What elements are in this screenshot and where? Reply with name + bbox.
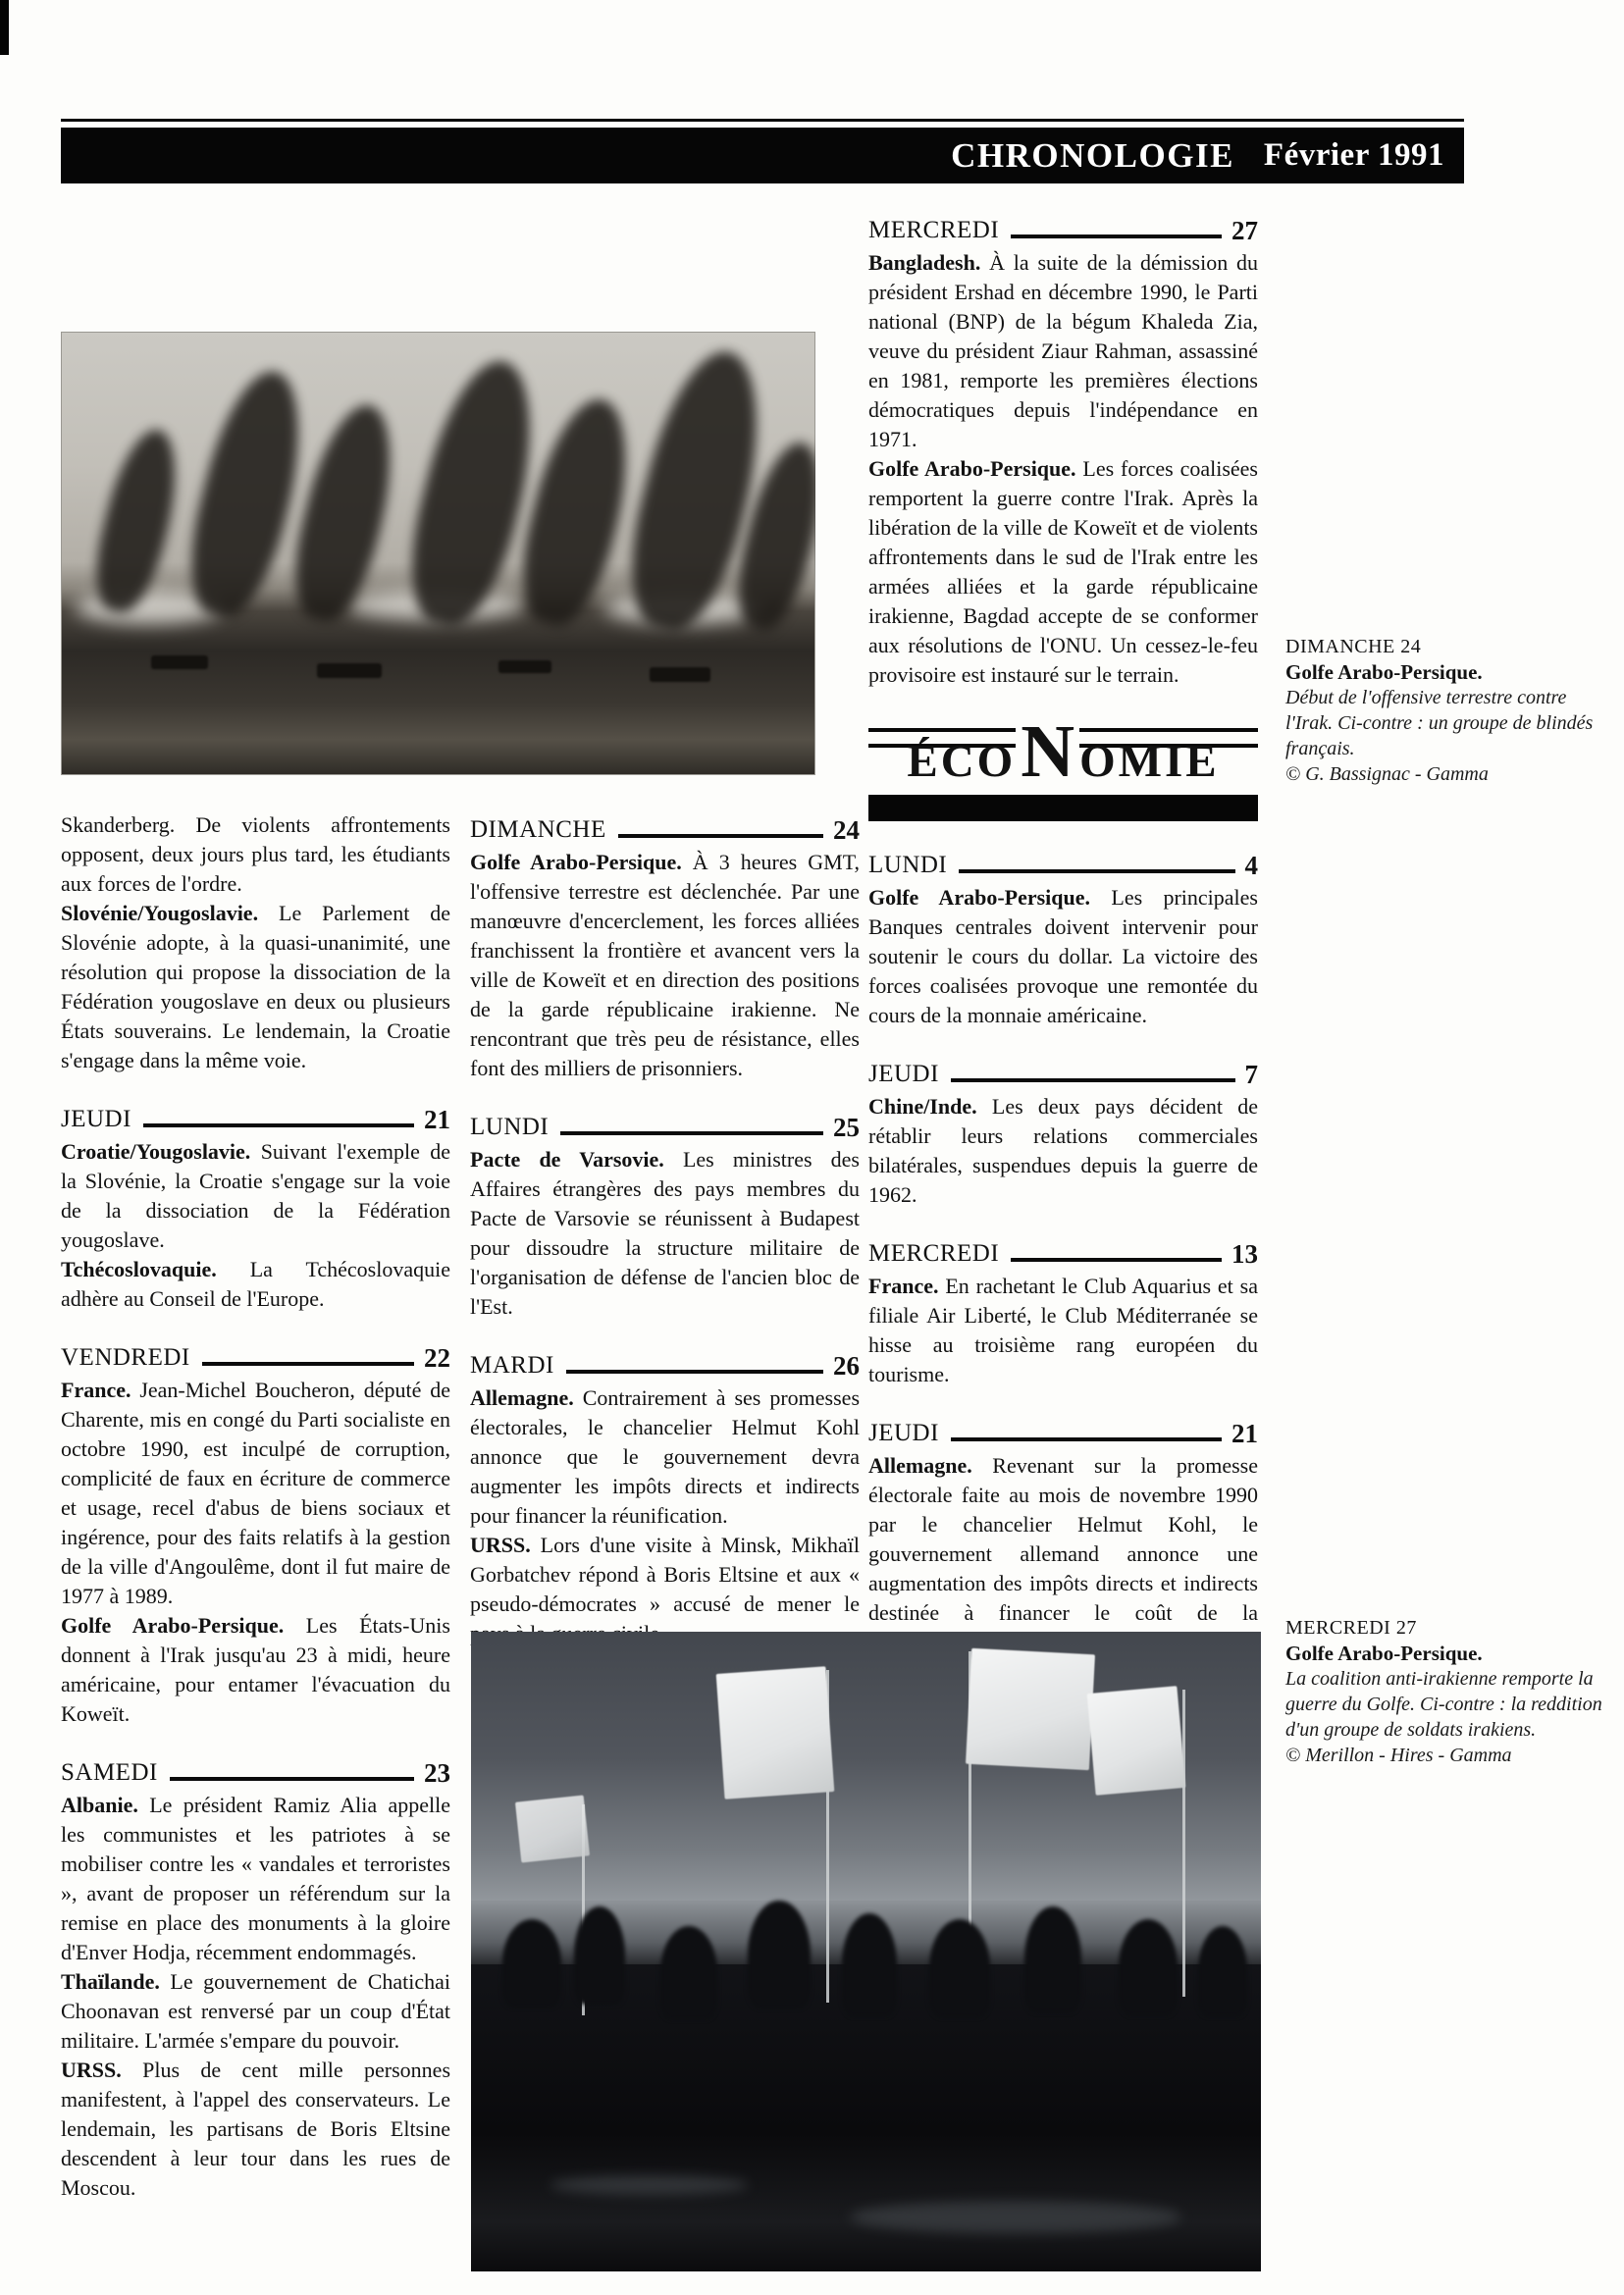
entry-paragraph: Golfe Arabo-Persique. Les États-Unis don… — [61, 1611, 450, 1729]
tank-silhouette — [151, 655, 208, 669]
day-rule — [1011, 235, 1222, 238]
photo-gulf-offensive-tanks — [61, 332, 815, 775]
day-header: JEUDI 21 — [61, 1105, 450, 1134]
day-name: JEUDI — [868, 1419, 939, 1448]
day-number: 4 — [1245, 851, 1259, 880]
entry-text: Les forces coalisées remportent la guerr… — [868, 456, 1258, 687]
entry-topic: France. — [61, 1378, 131, 1402]
economie-title-part: ÉCO — [907, 729, 1016, 794]
entry-paragraph: Tchécoslovaquie. La Tchécoslovaquie adhè… — [61, 1255, 450, 1314]
caption-title: Golfe Arabo-Persique. — [1285, 1641, 1614, 1666]
entry-topic: Allemagne. — [470, 1385, 574, 1410]
magazine-page: CHRONOLOGIE Février 1991 Skanderberg. De… — [0, 0, 1624, 2295]
entry-paragraph: Albanie. Le président Ramiz Alia appelle… — [61, 1791, 450, 1967]
tank-silhouette — [498, 660, 551, 673]
chronology-section-jeudi-21: JEUDI 21 Croatie/Yougoslavie. Suivant l'… — [61, 1105, 450, 1314]
day-number: 26 — [833, 1351, 860, 1381]
entry-topic: Albanie. — [61, 1793, 138, 1817]
day-header: MERCREDI 13 — [868, 1239, 1258, 1269]
water-reflection — [550, 2175, 748, 2195]
day-header: LUNDI 4 — [868, 851, 1258, 880]
economie-title: ÉCONOMIE — [868, 719, 1258, 794]
day-number: 22 — [424, 1343, 450, 1373]
entry-paragraph: URSS. Plus de cent mille personnes manif… — [61, 2056, 450, 2203]
day-header: DIMANCHE 24 — [470, 815, 860, 845]
day-name: DIMANCHE — [470, 815, 606, 845]
entry-paragraph: Golfe Arabo-Persique. À 3 heures GMT, l'… — [470, 848, 860, 1083]
day-number: 13 — [1231, 1239, 1258, 1269]
page-title: CHRONOLOGIE — [951, 136, 1234, 176]
soldier-silhouette — [502, 1919, 561, 2008]
entry-paragraph: Allemagne. Revenant sur la promesse élec… — [868, 1451, 1258, 1657]
entry-topic: Allemagne. — [868, 1453, 972, 1478]
column-3: MERCREDI 27 Bangladesh. À la suite de la… — [868, 216, 1258, 1657]
day-number: 21 — [424, 1105, 450, 1134]
day-number: 21 — [1231, 1419, 1258, 1448]
day-header: SAMEDI 23 — [61, 1758, 450, 1788]
entry-paragraph: Golfe Arabo-Persique. Les principales Ba… — [868, 883, 1258, 1030]
smoke-plume — [84, 423, 190, 619]
entry-paragraph: URSS. Lors d'une visite à Minsk, Mikhaïl… — [470, 1531, 860, 1648]
day-rule — [560, 1131, 823, 1135]
water-reflection — [850, 2201, 1181, 2233]
soldier-silhouette — [748, 1901, 811, 2008]
entry-text: À 3 heures GMT, l'offensive terrestre es… — [470, 850, 860, 1080]
day-rule — [566, 1370, 823, 1374]
entry-paragraph: Bangladesh. À la suite de la démission d… — [868, 248, 1258, 454]
entry-paragraph: Croatie/Yougoslavie. Suivant l'exemple d… — [61, 1137, 450, 1255]
caption-text: La coalition anti-irakienne remporte la … — [1285, 1666, 1614, 1743]
day-name: LUNDI — [470, 1113, 549, 1142]
day-number: 25 — [833, 1113, 860, 1142]
entry-text: Skanderberg. De violents affrontements o… — [61, 812, 450, 896]
day-rule — [959, 869, 1234, 873]
tank-silhouette — [650, 667, 710, 682]
caption-credit: © G. Bassignac - Gamma — [1285, 761, 1614, 787]
entry-topic: Thaïlande. — [61, 1969, 160, 1994]
white-flag — [1087, 1686, 1186, 1796]
column-2: DIMANCHE 24 Golfe Arabo-Persique. À 3 he… — [470, 815, 860, 1648]
entry-topic: Tchécoslovaquie. — [61, 1257, 217, 1281]
entry-text: Les ministres des Affaires étrangères de… — [470, 1147, 860, 1319]
economie-section-mercredi-13: MERCREDI 13 France. En rachetant le Club… — [868, 1239, 1258, 1389]
day-name: JEUDI — [868, 1060, 939, 1089]
soldier-silhouette — [1024, 1906, 1081, 2012]
soldier-silhouette — [1119, 1919, 1178, 2015]
caption-day: MERCREDI 27 — [1285, 1615, 1614, 1641]
column-1: Skanderberg. De violents affrontements o… — [61, 810, 450, 2203]
entry-paragraph: Skanderberg. De violents affrontements o… — [61, 810, 450, 899]
day-number: 7 — [1245, 1060, 1259, 1089]
caption-credit: © Merillon - Hires - Gamma — [1285, 1743, 1614, 1768]
flag-pole — [1182, 1690, 1185, 1997]
entry-topic: Golfe Arabo-Persique. — [868, 456, 1076, 481]
chronology-section-mardi-26: MARDI 26 Allemagne. Contrairement à ses … — [470, 1351, 860, 1648]
day-header: MERCREDI 27 — [868, 216, 1258, 245]
caption-title: Golfe Arabo-Persique. — [1285, 659, 1614, 685]
day-rule — [1011, 1258, 1222, 1262]
entry-paragraph: France. En rachetant le Club Aquarius et… — [868, 1272, 1258, 1389]
chronology-section-dimanche-24: DIMANCHE 24 Golfe Arabo-Persique. À 3 he… — [470, 815, 860, 1083]
entry-paragraph: Thaïlande. Le gouvernement de Chatichai … — [61, 1967, 450, 2056]
photo-caption-dimanche-24: DIMANCHE 24 Golfe Arabo-Persique. Début … — [1285, 634, 1614, 787]
photo-iraqi-surrender-white-flags — [471, 1632, 1261, 2271]
day-rule — [951, 1437, 1222, 1441]
soldier-silhouette — [842, 1913, 897, 2016]
entry-text: Le Parlement de Slovénie adopte, à la qu… — [61, 901, 450, 1072]
economie-section-jeudi-21: JEUDI 21 Allemagne. Revenant sur la prom… — [868, 1419, 1258, 1657]
day-name: LUNDI — [868, 851, 947, 880]
entry-topic: Chine/Inde. — [868, 1094, 977, 1119]
day-header: JEUDI 21 — [868, 1419, 1258, 1448]
entry-paragraph: Golfe Arabo-Persique. Les forces coalisé… — [868, 454, 1258, 690]
entry-text: Revenant sur la promesse électorale fait… — [868, 1453, 1258, 1654]
header-top-rule — [61, 119, 1464, 122]
day-rule — [143, 1123, 414, 1127]
entry-paragraph: France. Jean-Michel Boucheron, député de… — [61, 1376, 450, 1611]
economie-thick-bar — [868, 795, 1258, 821]
day-rule — [202, 1362, 414, 1366]
white-flag — [715, 1666, 834, 1799]
entry-text: À la suite de la démission du président … — [868, 250, 1258, 451]
entry-topic: URSS. — [61, 2058, 122, 2082]
caption-day: DIMANCHE 24 — [1285, 634, 1614, 659]
entry-topic: Bangladesh. — [868, 250, 980, 275]
day-number: 24 — [833, 815, 860, 845]
economie-section-banner: ÉCONOMIE — [868, 719, 1258, 821]
day-header: JEUDI 7 — [868, 1060, 1258, 1089]
day-number: 27 — [1231, 216, 1258, 245]
day-header: MARDI 26 — [470, 1351, 860, 1381]
chronology-section-mercredi-27: MERCREDI 27 Bangladesh. À la suite de la… — [868, 216, 1258, 690]
entry-topic: Golfe Arabo-Persique. — [470, 850, 682, 874]
chronology-section-lundi-25: LUNDI 25 Pacte de Varsovie. Les ministre… — [470, 1113, 860, 1322]
entry-topic: URSS. — [470, 1533, 531, 1557]
tank-silhouette — [317, 663, 382, 678]
day-name: MARDI — [470, 1351, 554, 1381]
soldier-silhouette — [929, 1919, 990, 2017]
day-name: MERCREDI — [868, 216, 999, 245]
day-name: SAMEDI — [61, 1758, 158, 1788]
economie-title-part: OMIE — [1079, 729, 1220, 794]
soldier-silhouette — [660, 1926, 717, 2019]
entry-text: Jean-Michel Boucheron, député de Charent… — [61, 1378, 450, 1608]
entry-topic: Golfe Arabo-Persique. — [61, 1613, 284, 1638]
economie-section-lundi-4: LUNDI 4 Golfe Arabo-Persique. Les princi… — [868, 851, 1258, 1030]
day-rule — [170, 1777, 414, 1781]
soldier-silhouette — [574, 1906, 625, 2005]
entry-paragraph: Allemagne. Contrairement à ses promesses… — [470, 1383, 860, 1531]
scan-edge-mark — [0, 0, 9, 55]
entry-text: Le président Ramiz Alia appelle les comm… — [61, 1793, 450, 1964]
entry-topic: Croatie/Yougoslavie. — [61, 1139, 250, 1164]
day-name: MERCREDI — [868, 1239, 999, 1269]
entry-topic: Golfe Arabo-Persique. — [868, 885, 1090, 910]
entry-topic: France. — [868, 1274, 938, 1298]
day-number: 23 — [424, 1758, 450, 1788]
day-name: JEUDI — [61, 1105, 131, 1134]
day-header: VENDREDI 22 — [61, 1343, 450, 1373]
white-flag — [515, 1795, 590, 1862]
day-name: VENDREDI — [61, 1343, 190, 1373]
day-rule — [618, 834, 823, 838]
entry-topic: Slovénie/Yougoslavie. — [61, 901, 258, 925]
entry-paragraph: Pacte de Varsovie. Les ministres des Aff… — [470, 1145, 860, 1322]
day-header: LUNDI 25 — [470, 1113, 860, 1142]
entry-paragraph: Slovénie/Yougoslavie. Le Parlement de Sl… — [61, 899, 450, 1075]
white-flag — [966, 1647, 1095, 1769]
entry-paragraph: Chine/Inde. Les deux pays décident de ré… — [868, 1092, 1258, 1210]
header-bar: CHRONOLOGIE Février 1991 — [61, 128, 1464, 183]
caption-text: Début de l'offensive terrestre contre l'… — [1285, 685, 1614, 761]
photo-caption-mercredi-27: MERCREDI 27 Golfe Arabo-Persique. La coa… — [1285, 1615, 1614, 1768]
economie-section-jeudi-7: JEUDI 7 Chine/Inde. Les deux pays décide… — [868, 1060, 1258, 1210]
chronology-section-vendredi-22: VENDREDI 22 France. Jean-Michel Bouchero… — [61, 1343, 450, 1729]
chronology-continuation: Skanderberg. De violents affrontements o… — [61, 810, 450, 1075]
chronology-section-samedi-23: SAMEDI 23 Albanie. Le président Ramiz Al… — [61, 1758, 450, 2203]
soldier-silhouette — [1198, 1926, 1247, 2016]
issue-date: Février 1991 — [1264, 137, 1444, 174]
entry-topic: Pacte de Varsovie. — [470, 1147, 664, 1172]
day-rule — [951, 1078, 1235, 1082]
economie-title-big-n: N — [1016, 719, 1079, 784]
